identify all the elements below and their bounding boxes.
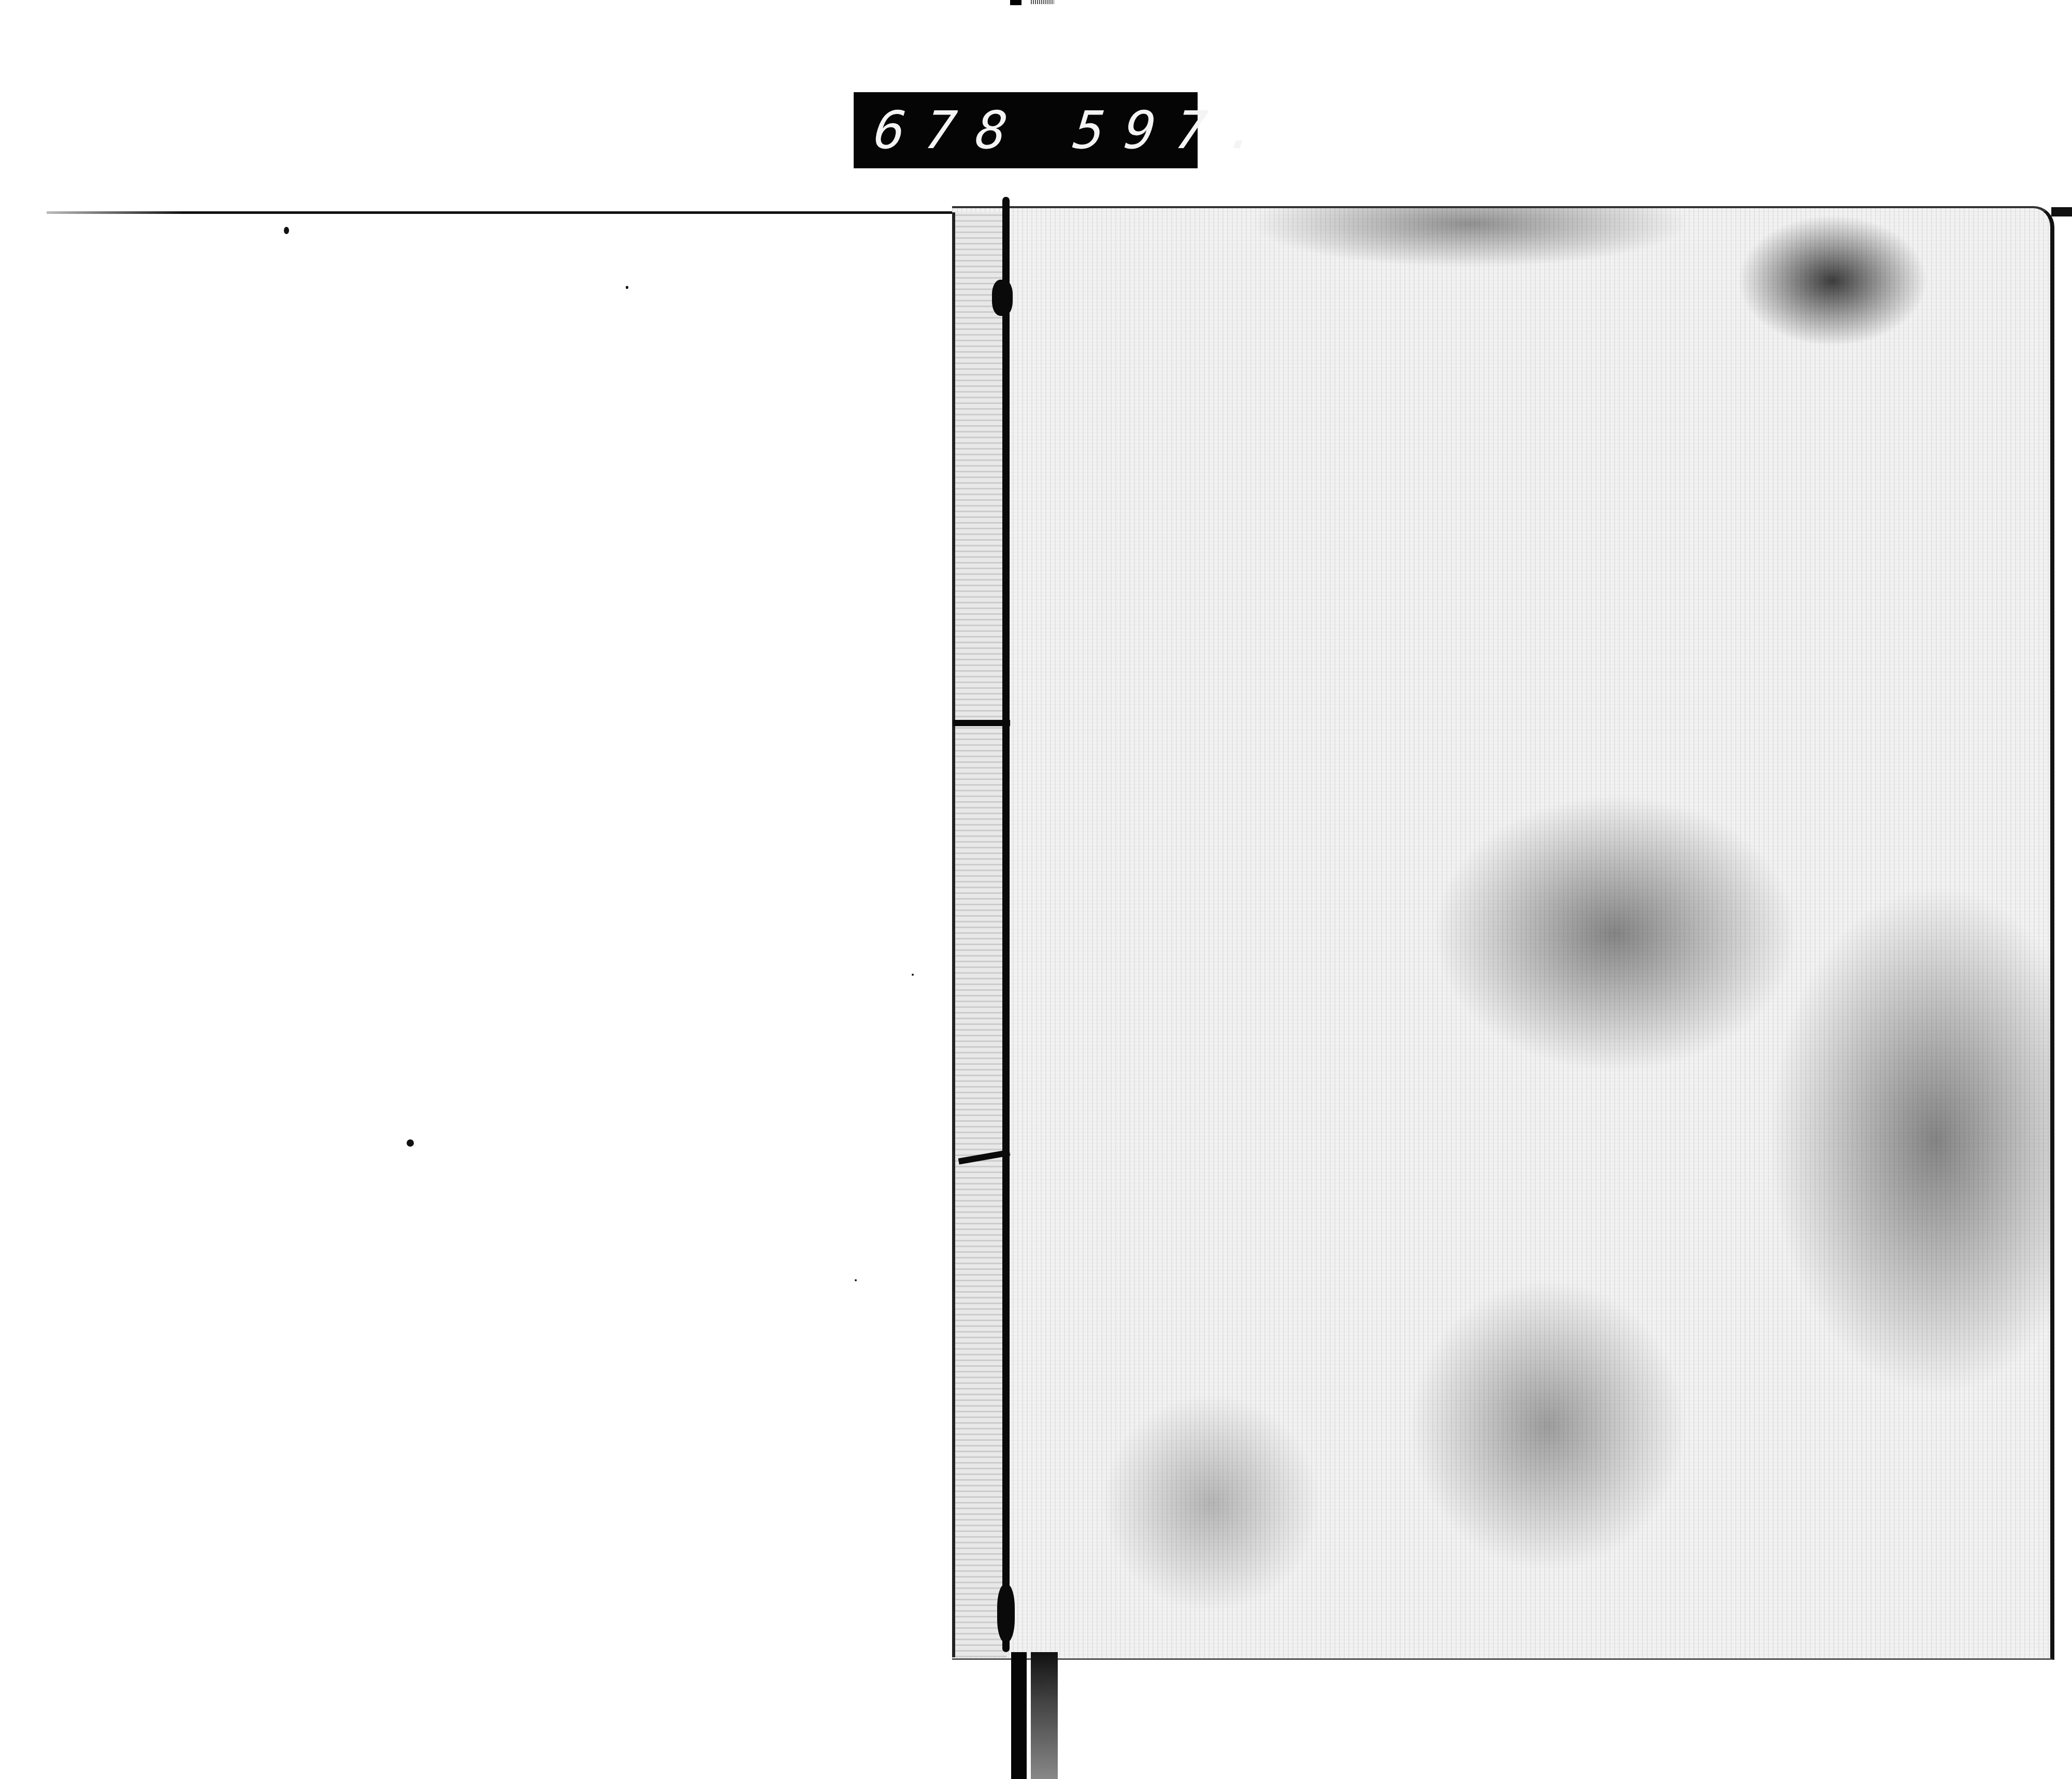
frame-counter-right-number: 597. [1071, 100, 1280, 161]
book-cover [952, 206, 2054, 1660]
dust-speck [626, 286, 628, 289]
dust-speck [912, 974, 914, 976]
binding-knot-top [992, 280, 1013, 316]
binding-thread [1002, 197, 1010, 1652]
binding-stitch [953, 720, 1010, 726]
dust-speck [284, 227, 289, 234]
ribbon-marker-shaded [1031, 1652, 1058, 1779]
right-edge-mark [2051, 207, 2072, 216]
top-registration-mark [1010, 0, 1021, 5]
binding-knot-bottom [997, 1585, 1015, 1642]
top-registration-text [1031, 0, 1054, 4]
frame-counter: 678 597. [854, 92, 1198, 168]
dust-speck [407, 1139, 414, 1147]
ribbon-marker [1011, 1652, 1027, 1779]
table-edge-line [47, 211, 958, 214]
book-spine [952, 212, 1007, 1657]
frame-counter-left-number: 678 [871, 100, 1030, 161]
dust-speck [855, 1279, 857, 1281]
